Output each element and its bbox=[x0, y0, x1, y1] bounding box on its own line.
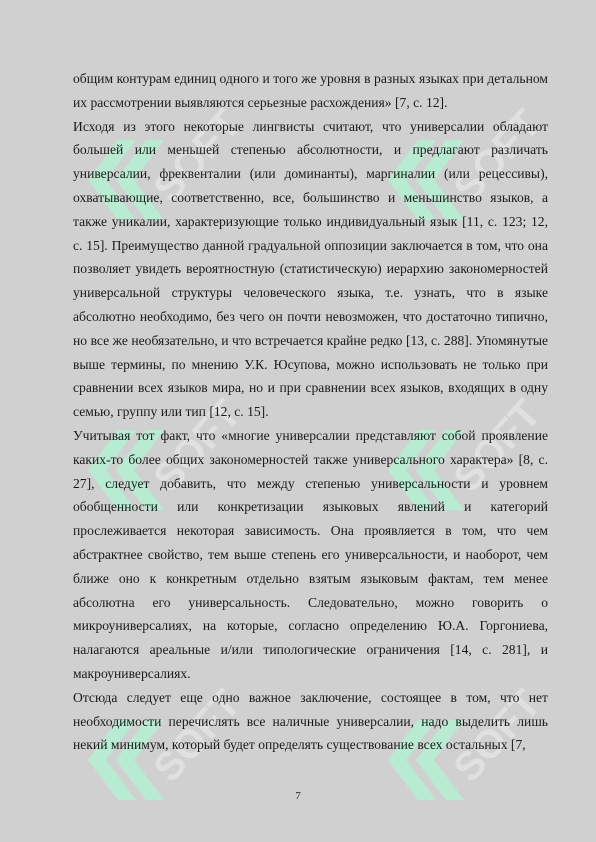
paragraph: Учитывая тот факт, что «многие универсал… bbox=[73, 424, 548, 686]
paragraph: общим контурам единиц одного и того же у… bbox=[73, 67, 548, 115]
paragraph: Отсюда следует еще одно важное заключени… bbox=[73, 686, 548, 757]
paragraph: Исходя из этого некоторые лингвисты счит… bbox=[73, 115, 548, 424]
page-number: 7 bbox=[0, 790, 596, 802]
document-body: общим контурам единиц одного и того же у… bbox=[73, 67, 548, 757]
